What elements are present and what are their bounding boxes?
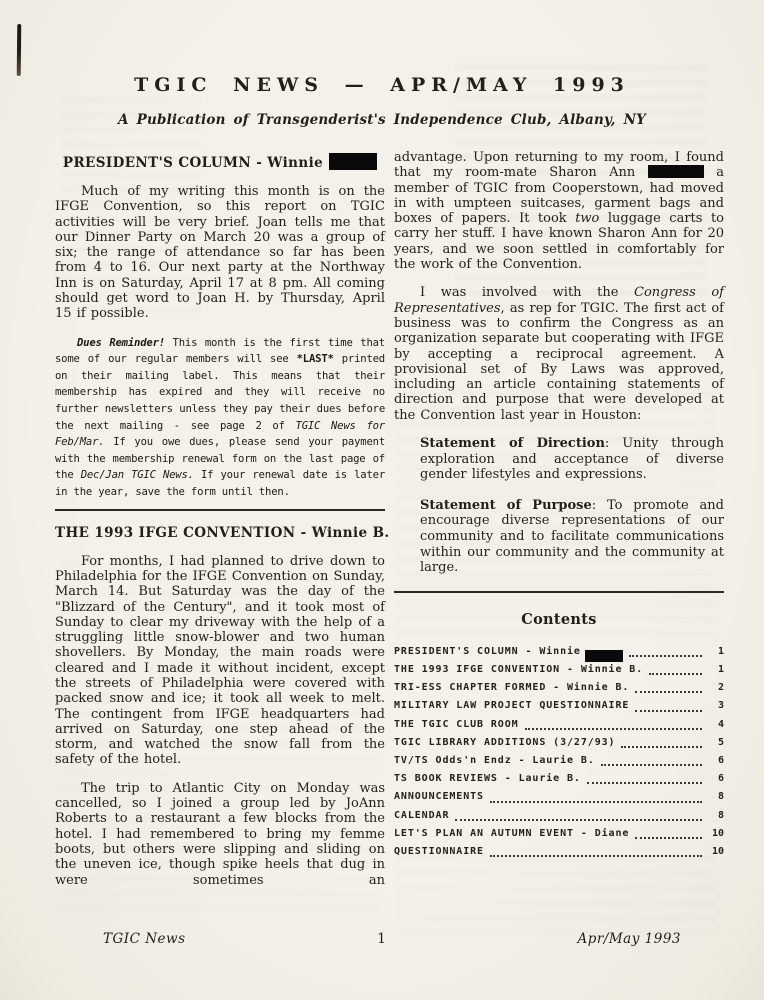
toc-entry-label: THE TGIC CLUB ROOM xyxy=(394,716,519,734)
contents-heading: Contents xyxy=(394,611,724,628)
toc-dot-leader xyxy=(635,837,702,839)
toc-entry-page-number: 8 xyxy=(708,807,724,825)
text-segment: Statement of Direction xyxy=(420,436,605,451)
left-column: PRESIDENT'S COLUMN - Winnie Much of my w… xyxy=(55,150,385,901)
text-segment: The trip to Atlantic City on Monday was … xyxy=(55,781,385,888)
toc-dot-leader xyxy=(601,764,702,766)
toc-dot-leader xyxy=(455,819,702,821)
text-segment: I was involved with the xyxy=(420,285,634,300)
table-of-contents: PRESIDENT'S COLUMN - Winnie1THE 1993 IFG… xyxy=(394,643,724,861)
page-title: TGIC NEWS — APR/MAY 1993 xyxy=(0,74,764,96)
toc-entry: TGIC LIBRARY ADDITIONS (3/27/93)5 xyxy=(394,734,724,752)
footer-page-number: 1 xyxy=(186,931,578,947)
statement-of-purpose: Statement of Purpose: To promote and enc… xyxy=(420,498,724,576)
toc-dot-leader xyxy=(490,801,702,803)
toc-entry-page-number: 6 xyxy=(708,770,724,788)
footer-newsletter-name: TGIC News xyxy=(103,931,186,947)
paragraph-ifge-1: For months, I had planned to drive down … xyxy=(55,554,385,768)
text-segment: Dues Reminder! xyxy=(77,337,165,349)
toc-entry: CALENDAR8 xyxy=(394,807,724,825)
toc-entry-page-number: 1 xyxy=(708,643,724,661)
toc-dot-leader xyxy=(649,673,702,675)
toc-entry-label: ANNOUNCEMENTS xyxy=(394,788,484,806)
text-segment: PRESIDENT'S COLUMN - Winnie xyxy=(63,155,323,171)
text-segment: Much of my writing this month is on the … xyxy=(55,184,385,321)
toc-dot-leader xyxy=(635,691,702,693)
page-subtitle: A Publication of Transgenderist's Indepe… xyxy=(0,112,764,128)
toc-entry-page-number: 6 xyxy=(708,752,724,770)
toc-entry-label: TV/TS Odds'n Endz - Laurie B. xyxy=(394,752,595,770)
text-segment: , as rep for TGIC. The first act of busi… xyxy=(394,301,724,423)
contents-divider xyxy=(394,591,724,593)
text-segment: *LAST* xyxy=(297,353,334,365)
paragraph-presidents-1: Much of my writing this month is on the … xyxy=(55,184,385,322)
toc-entry: ANNOUNCEMENTS8 xyxy=(394,788,724,806)
toc-entry: TRI-ESS CHAPTER FORMED - Winnie B.2 xyxy=(394,679,724,697)
toc-entry-label: TRI-ESS CHAPTER FORMED - Winnie B. xyxy=(394,679,629,697)
toc-dot-leader xyxy=(525,728,702,730)
toc-entry: LET'S PLAN AN AUTUMN EVENT - Diane10 xyxy=(394,825,724,843)
text-segment: two xyxy=(575,211,599,226)
paragraph-dues-reminder: Dues Reminder! This month is the first t… xyxy=(55,335,385,501)
toc-entry: TV/TS Odds'n Endz - Laurie B.6 xyxy=(394,752,724,770)
toc-dot-leader xyxy=(490,855,702,857)
toc-entry-page-number: 5 xyxy=(708,734,724,752)
toc-dot-leader xyxy=(621,746,702,748)
two-column-layout: PRESIDENT'S COLUMN - Winnie Much of my w… xyxy=(55,150,721,901)
text-segment: For months, I had planned to drive down … xyxy=(55,554,385,768)
toc-entry-page-number: 10 xyxy=(708,843,724,861)
toc-entry-page-number: 1 xyxy=(708,661,724,679)
statement-of-direction: Statement of Direction: Unity through ex… xyxy=(420,436,724,483)
section-divider xyxy=(55,509,385,511)
pen-mark xyxy=(17,24,22,76)
toc-entry-label: CALENDAR xyxy=(394,807,449,825)
text-segment: Dec/Jan TGIC News. xyxy=(81,469,194,481)
newsletter-page: TGIC NEWS — APR/MAY 1993 A Publication o… xyxy=(0,0,764,1000)
paragraph-ifge-2: The trip to Atlantic City on Monday was … xyxy=(55,781,385,888)
page-footer: TGIC News 1 Apr/May 1993 xyxy=(55,931,721,947)
toc-entry-page-number: 8 xyxy=(708,788,724,806)
toc-entry-label: PRESIDENT'S COLUMN - Winnie xyxy=(394,643,581,661)
footer-issue-date: Apr/May 1993 xyxy=(577,931,681,947)
toc-entry-page-number: 4 xyxy=(708,716,724,734)
article-heading-ifge-convention: THE 1993 IFGE CONVENTION - Winnie B. xyxy=(55,525,385,541)
toc-entry: THE 1993 IFGE CONVENTION - Winnie B.1 xyxy=(394,661,724,679)
paragraph-ifge-3: advantage. Upon returning to my room, I … xyxy=(394,150,724,272)
right-column: advantage. Upon returning to my room, I … xyxy=(394,150,724,901)
toc-entry-label: TGIC LIBRARY ADDITIONS (3/27/93) xyxy=(394,734,615,752)
toc-entry-page-number: 3 xyxy=(708,697,724,715)
toc-entry: THE TGIC CLUB ROOM4 xyxy=(394,716,724,734)
article-heading-presidents-column: PRESIDENT'S COLUMN - Winnie xyxy=(55,153,385,171)
toc-entry-label: LET'S PLAN AN AUTUMN EVENT - Diane xyxy=(394,825,629,843)
redaction-box xyxy=(329,153,377,170)
toc-entry: TS BOOK REVIEWS - Laurie B.6 xyxy=(394,770,724,788)
toc-entry-label: THE 1993 IFGE CONVENTION - Winnie B. xyxy=(394,661,643,679)
toc-entry-page-number: 2 xyxy=(708,679,724,697)
text-segment: Statement of Purpose xyxy=(420,498,592,513)
toc-entry: MILITARY LAW PROJECT QUESTIONNAIRE3 xyxy=(394,697,724,715)
redaction-box xyxy=(648,165,704,178)
toc-dot-leader xyxy=(635,710,702,712)
paragraph-ifge-4: I was involved with the Congress of Repr… xyxy=(394,285,724,423)
toc-entry: QUESTIONNAIRE10 xyxy=(394,843,724,861)
toc-entry: PRESIDENT'S COLUMN - Winnie1 xyxy=(394,643,724,661)
toc-dot-leader xyxy=(629,655,702,657)
toc-dot-leader xyxy=(587,782,702,784)
toc-entry-label: TS BOOK REVIEWS - Laurie B. xyxy=(394,770,581,788)
toc-entry-page-number: 10 xyxy=(708,825,724,843)
toc-entry-label: QUESTIONNAIRE xyxy=(394,843,484,861)
masthead: TGIC NEWS — APR/MAY 1993 A Publication o… xyxy=(0,74,764,128)
toc-entry-label: MILITARY LAW PROJECT QUESTIONNAIRE xyxy=(394,697,629,715)
